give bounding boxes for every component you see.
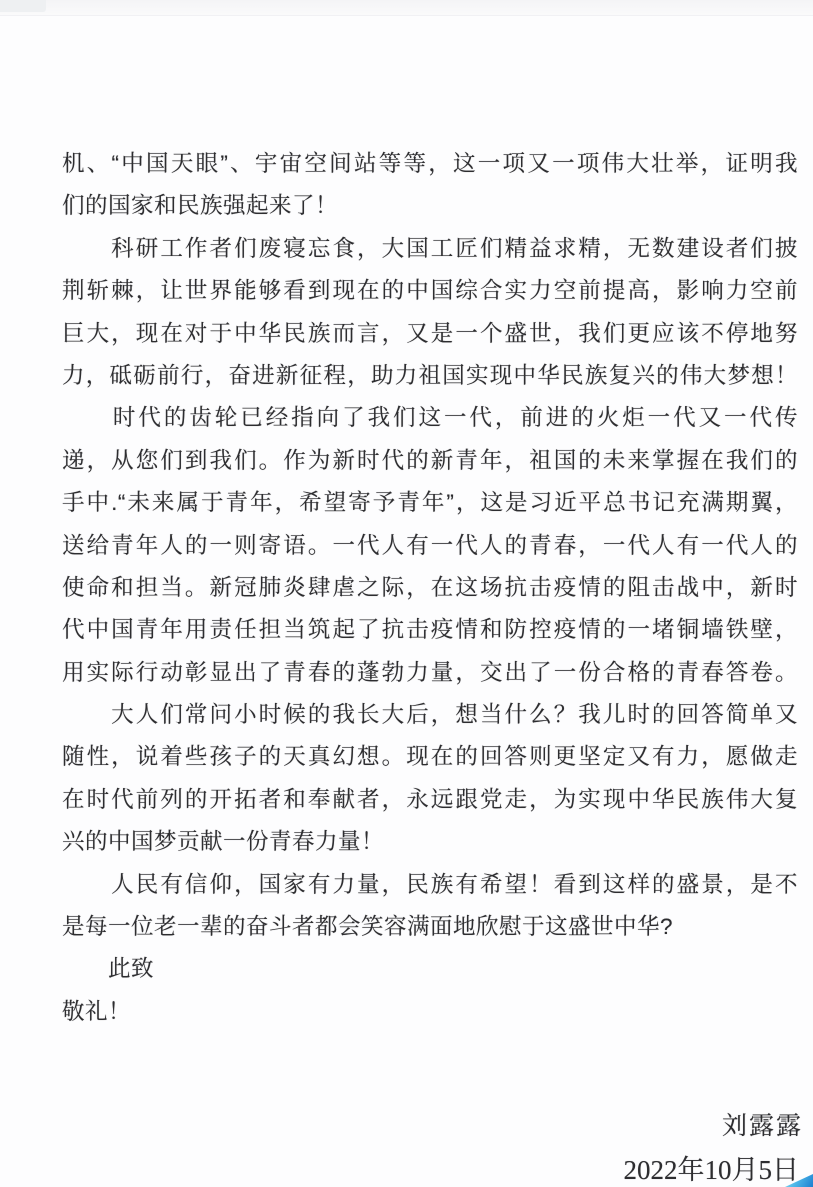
text-line: 大人们常问小时候的我长大后，想当什么？我儿时的回答简单又 (62, 694, 798, 736)
text-line: 是每一位老一辈的奋斗者都会笑容满面地欣慰于这盛世中华? (62, 906, 798, 948)
text-line: 此致 (62, 948, 798, 990)
letter-page: 机、“中国天眼”、宇宙空间站等等，这一项又一项伟大壮举，证明我们的国家和民族强起… (0, 0, 813, 1187)
text-line: 代中国青年用责任担当筑起了抗击疫情和防控疫情的一堵铜墙铁壁， (62, 609, 798, 651)
text-line: 送给青年人的一则寄语。一代人有一代人的青春，一代人有一代人的 (62, 525, 798, 567)
scan-top-band (0, 0, 813, 16)
text-line: 使命和担当。新冠肺炎肆虐之际，在这场抗击疫情的阻击战中，新时 (62, 567, 798, 609)
letter-body: 机、“中国天眼”、宇宙空间站等等，这一项又一项伟大壮举，证明我们的国家和民族强起… (62, 143, 798, 1033)
text-line: 在时代前列的开拓者和奉献者，永远跟党走，为实现中华民族伟大复 (62, 779, 798, 821)
text-line: 递，从您们到我们。作为新时代的新青年，祖国的未来掌握在我们的 (62, 440, 798, 482)
text-line: 机、“中国天眼”、宇宙空间站等等，这一项又一项伟大壮举，证明我 (62, 143, 798, 185)
text-line: 科研工作者们废寝忘食，大国工匠们精益求精，无数建设者们披 (62, 228, 798, 270)
text-line: 人民有信仰，国家有力量，民族有希望！看到这样的盛景，是不 (62, 864, 798, 906)
text-line: 巨大，现在对于中华民族而言，又是一个盛世，我们更应该不停地努 (62, 313, 798, 355)
text-line: 敬礼！ (62, 991, 798, 1033)
scan-top-left-smudge (0, 0, 46, 12)
text-line: 随性，说着些孩子的天真幻想。现在的回答则更坚定又有力，愿做走 (62, 736, 798, 778)
signature-name: 刘露露 (722, 1106, 803, 1142)
signature-date: 2022年10月5日 (624, 1148, 800, 1187)
text-line: 兴的中国梦贡献一份青春力量！ (62, 821, 798, 863)
text-line: 手中.“未来属于青年，希望寄予青年”，这是习近平总书记充满期翼， (62, 482, 798, 524)
text-line: 用实际行动彰显出了青春的蓬勃力量，交出了一份合格的青春答卷。 (62, 652, 798, 694)
text-line: 力，砥砺前行，奋进新征程，助力祖国实现中华民族复兴的伟大梦想！ (62, 355, 798, 397)
text-line: 荆斩棘，让世界能够看到现在的中国综合实力空前提高，影响力空前 (62, 270, 798, 312)
text-line: 时代的齿轮已经指向了我们这一代，前进的火炬一代又一代传 (62, 397, 798, 439)
text-line: 们的国家和民族强起来了！ (62, 185, 798, 227)
